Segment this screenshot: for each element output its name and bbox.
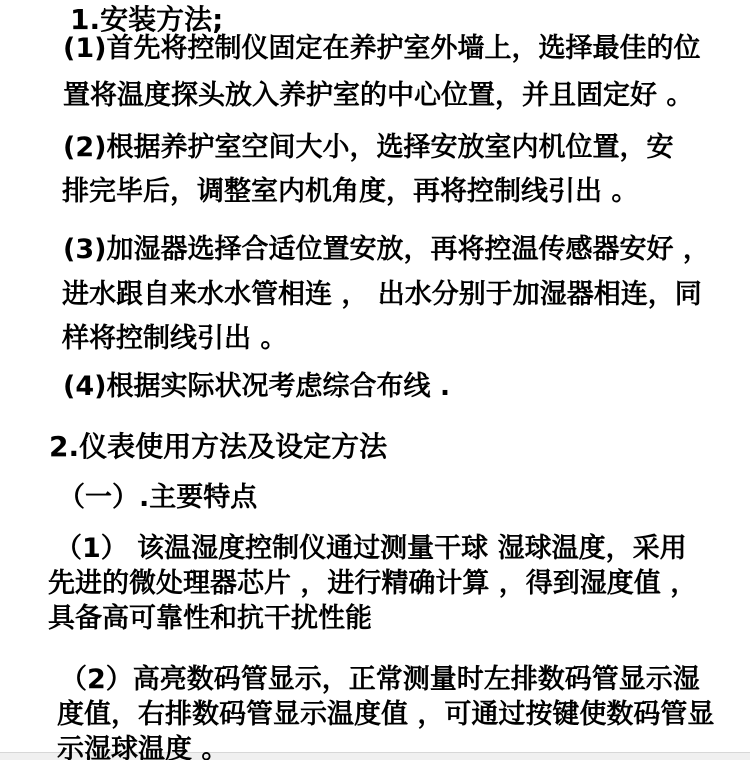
feature-2-line-1: （2）高亮数码管显示，正常测量时左排数码管显示湿 xyxy=(60,665,700,695)
install-step-2-line-1: (2)根据养护室空间大小，选择安放室内机位置，安 xyxy=(63,133,673,163)
subheading-main-features: （一）.主要特点 xyxy=(58,483,257,513)
feature-1-line-3: 具备高可靠性和抗干扰性能 xyxy=(48,604,372,634)
document-page: 1.安装方法; (1)首先将控制仪固定在养护室外墙上，选择最佳的位 置将温度探头… xyxy=(0,0,750,760)
feature-1-line-2: 先进的微处理器芯片 ，进行精确计算 ，得到湿度值 ， xyxy=(48,569,697,599)
install-step-3-line-2: 进水跟自来水水管相连 ， 出水分别于加湿器相连，同 xyxy=(62,280,702,310)
section-heading-install: 1.安装方法; xyxy=(70,5,223,35)
install-step-4-line-1: (4)根据实际状况考虑综合布线 . xyxy=(63,372,450,402)
install-step-3-line-3: 样将控制线引出 。 xyxy=(62,324,287,354)
feature-2-line-3: 示湿球温度 。 xyxy=(57,735,228,760)
section-heading-usage: 2.仪表使用方法及设定方法 xyxy=(49,432,387,462)
install-step-3-line-1: (3)加湿器选择合适位置安放，再将控温传感器安好 ， xyxy=(63,235,710,265)
install-step-1-line-1: (1)首先将控制仪固定在养护室外墙上，选择最佳的位 xyxy=(63,34,700,64)
feature-2-line-2: 度值，右排数码管显示温度值 ，可通过按键使数码管显 xyxy=(57,700,714,730)
feature-1-line-1: （1） 该温湿度控制仪通过测量干球 湿球温度，采用 xyxy=(55,534,687,564)
install-step-2-line-2: 排完毕后，调整室内机角度，再将控制线引出 。 xyxy=(62,177,638,207)
install-step-1-line-2: 置将温度探头放入养护室的中心位置，并且固定好 。 xyxy=(63,81,693,111)
